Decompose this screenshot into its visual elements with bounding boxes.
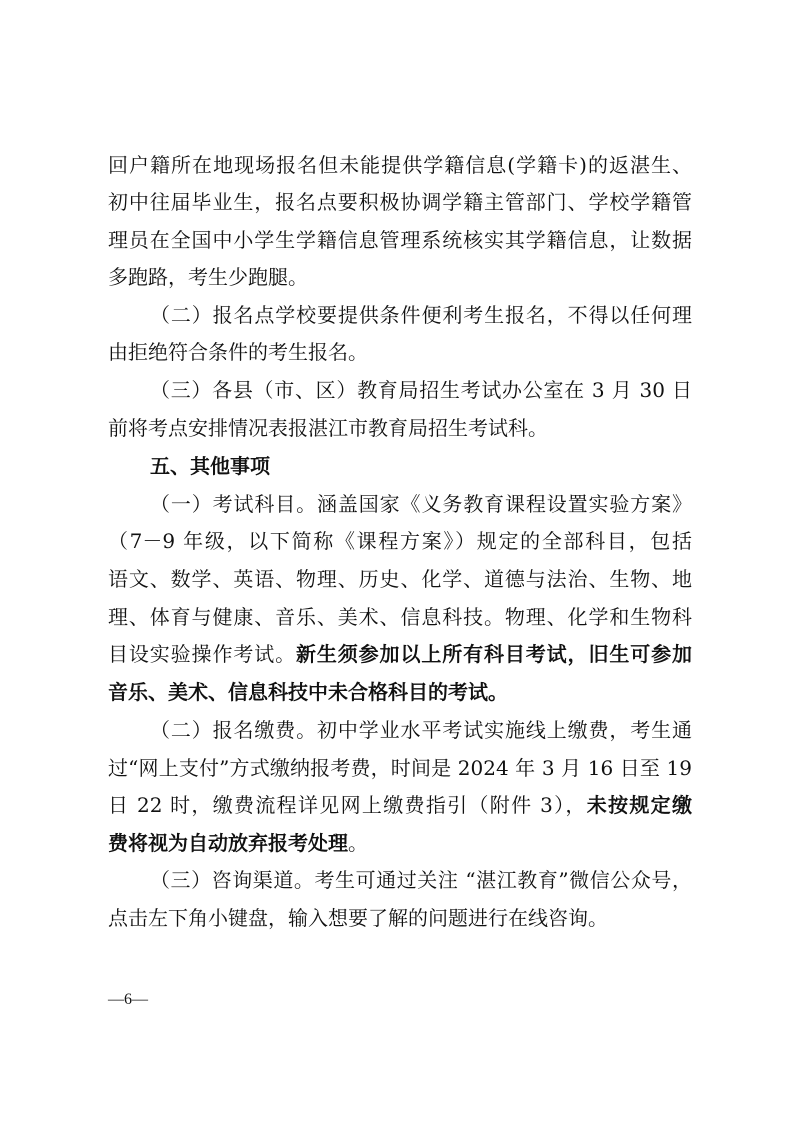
paragraph-line: 多跑路，考生少跑腿。 bbox=[108, 262, 692, 292]
paragraph-line: （一）考试科目。涵盖国家《义务教育课程设置实验方案》 bbox=[150, 489, 692, 519]
paragraph-line: 目设实验操作考试。新生须参加以上所有科目考试，旧生可参加 bbox=[108, 639, 692, 669]
emphasis-text: 音乐、美术、信息科技中未合格科目的考试。 bbox=[108, 680, 508, 704]
page-number: —6— bbox=[108, 990, 148, 1010]
paragraph-line: （二）报名缴费。初中学业水平考试实施线上缴费，考生通 bbox=[150, 715, 692, 745]
paragraph-line: 日 22 时，缴费流程详见网上缴费指引（附件 3），未按规定缴 bbox=[108, 790, 692, 820]
paragraph-line: 理、体育与健康、音乐、美术、信息科技。物理、化学和生物科 bbox=[108, 602, 692, 632]
section-heading: 五、其他事项 bbox=[150, 451, 450, 481]
emphasis-text: 未按规定缴 bbox=[587, 793, 692, 817]
paragraph-line: （三）各县（市、区）教育局招生考试办公室在 3 月 30 日 bbox=[150, 375, 692, 405]
text-run: 目设实验操作考试。 bbox=[108, 642, 296, 666]
paragraph-line: 语文、数学、英语、物理、历史、化学、道德与法治、生物、地 bbox=[108, 564, 692, 594]
paragraph-line: 费将视为自动放弃报考处理。 bbox=[108, 828, 692, 858]
paragraph-line: 音乐、美术、信息科技中未合格科目的考试。 bbox=[108, 677, 692, 707]
document-page: 回户籍所在地现场报名但未能提供学籍信息(学籍卡)的返湛生、 初中往届毕业生，报名… bbox=[0, 0, 794, 1123]
paragraph-line: 过“网上支付”方式缴纳报考费，时间是 2024 年 3 月 16 日至 19 bbox=[108, 753, 692, 783]
emphasis-text: 新生须参加以上所有科目考试，旧生可参加 bbox=[296, 642, 692, 666]
paragraph-line: （三）咨询渠道。考生可通过关注 “湛江教育”微信公众号， bbox=[150, 865, 692, 895]
paragraph-line: 理员在全国中小学生学籍信息管理系统核实其学籍信息，让数据 bbox=[108, 225, 692, 255]
paragraph-line: （二）报名点学校要提供条件便利考生报名，不得以任何理 bbox=[150, 300, 692, 330]
paragraph-line: 前将考点安排情况表报湛江市教育局招生考试科。 bbox=[108, 413, 692, 443]
paragraph-line: 回户籍所在地现场报名但未能提供学籍信息(学籍卡)的返湛生、 bbox=[108, 150, 692, 180]
text-run: 日 22 时，缴费流程详见网上缴费指引（附件 3）， bbox=[108, 793, 587, 817]
paragraph-line: 点击左下角小键盘，输入想要了解的问题进行在线咨询。 bbox=[108, 903, 692, 933]
paragraph-line: 由拒绝符合条件的考生报名。 bbox=[108, 337, 692, 367]
paragraph-line: 初中往届毕业生，报名点要积极协调学籍主管部门、学校学籍管 bbox=[108, 187, 692, 217]
text-run: 。 bbox=[348, 831, 368, 855]
paragraph-line: （7－9 年级，以下简称《课程方案》）规定的全部科目，包括 bbox=[108, 526, 692, 556]
emphasis-text: 费将视为自动放弃报考处理 bbox=[108, 831, 348, 855]
